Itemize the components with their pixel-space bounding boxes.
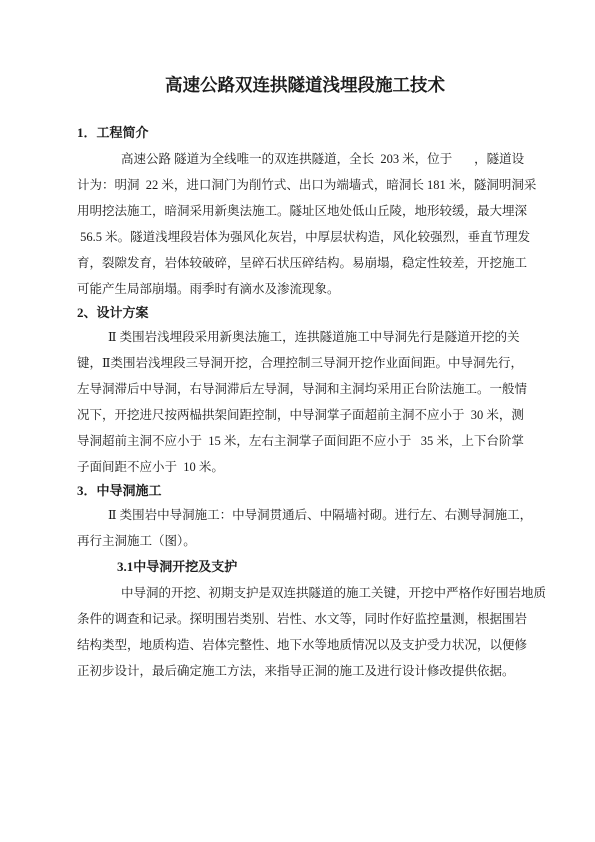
text-line: 结构类型，地质构造、岩体完整性、地下水等地质情况以及支护受力状况，以便修 [77, 632, 533, 658]
section-heading-3: 3．中导洞施工 [77, 480, 533, 502]
text-line: 再行主洞施工（图）。 [77, 528, 533, 554]
text-line: 用明挖法施工，暗洞采用新奥法施工。隧址区地处低山丘陵，地形较缓，最大埋深 [77, 198, 533, 224]
page-content: 高速公路双连拱隧道浅埋段施工技术 1．工程简介 高速公路 隧道为全线唯一的双连拱… [0, 0, 595, 684]
text-line: 可能产生局部崩塌。雨季时有滴水及渗流现象。 [77, 276, 533, 302]
text-line: 计为：明洞 22 米，进口洞门为削竹式、出口为端墙式，暗洞长 181 米，隧洞明… [77, 172, 533, 198]
text-line: 条件的调查和记录。探明围岩类别、岩性、水文等，同时作好监控量测，根据围岩 [77, 606, 533, 632]
text-line: Ⅱ 类围岩浅埋段采用新奥法施工，连拱隧道施工中导洞先行是隧道开挖的关 [77, 324, 533, 350]
text-line: 子面间距不应小于 10 米。 [77, 454, 533, 480]
text-line: Ⅱ 类围岩中导洞施工：中导洞贯通后、中隔墙衬砌。进行左、右测导洞施工， [77, 502, 533, 528]
doc-title: 高速公路双连拱隧道浅埋段施工技术 [77, 75, 533, 96]
section-heading-3-1: 3.1中导洞开挖及支护 [77, 554, 533, 580]
section-heading-1: 1．工程简介 [77, 120, 533, 146]
text-line: 中导洞的开挖、初期支护是双连拱隧道的施工关键，开挖中严格作好围岩地质 [77, 580, 533, 606]
text-line: 高速公路 隧道为全线唯一的双连拱隧道，全长 203 米，位于 ，隧道设 [77, 146, 533, 172]
text-line: 育，裂隙发育，岩体较破碎，呈碎石状压碎结构。易崩塌，稳定性较差，开挖施工 [77, 250, 533, 276]
document-page: 高速公路双连拱隧道浅埋段施工技术 1．工程简介 高速公路 隧道为全线唯一的双连拱… [0, 0, 595, 842]
text-line: 正初步设计，最后确定施工方法，来指导正洞的施工及进行设计修改提供依据。 [77, 658, 533, 684]
text-line: 键，Ⅱ类围岩浅埋段三导洞开挖，合理控制三导洞开挖作业面间距。中导洞先行， [77, 350, 533, 376]
text-line: 56.5 米。隧道浅埋段岩体为强风化灰岩，中厚层状构造，风化较强烈，垂直节理发 [77, 224, 533, 250]
text-line: 导洞超前主洞不应小于 15 米，左右主洞掌子面间距不应小于 35 米，上下台阶掌 [77, 428, 533, 454]
text-line: 况下，开挖进尺按两榀拱架间距控制，中导洞掌子面超前主洞不应小于 30 米，测 [77, 402, 533, 428]
text-line: 左导洞滞后中导洞，右导洞滞后左导洞，导洞和主洞均采用正台阶法施工。一般情 [77, 376, 533, 402]
section-heading-2: 2、设计方案 [77, 302, 533, 324]
